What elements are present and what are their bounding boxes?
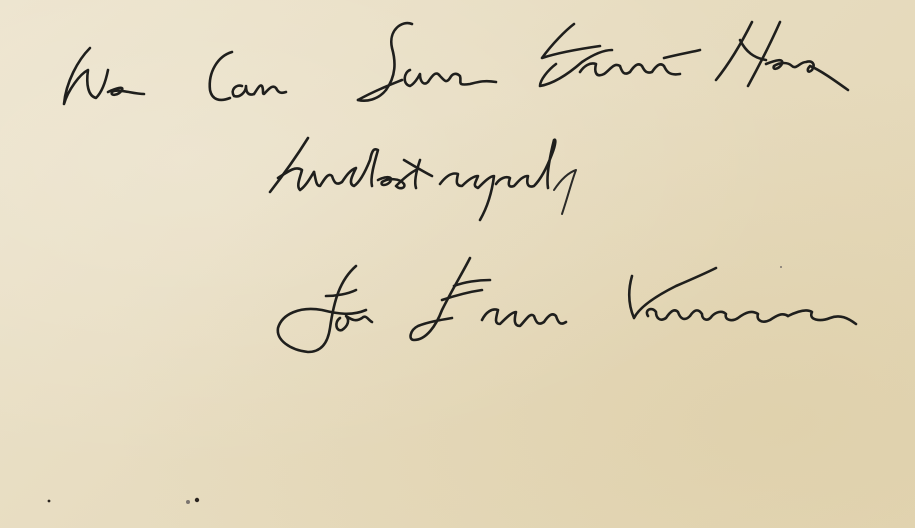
note-line-1-handwriting <box>64 22 848 104</box>
note-line-2-handwriting <box>270 138 576 220</box>
note-line-3-signature <box>278 258 856 352</box>
paper-specks <box>48 266 782 504</box>
handwriting-ink <box>0 0 915 528</box>
handwritten-note-card: We Can Score From Here Kindest regards J… <box>0 0 915 528</box>
